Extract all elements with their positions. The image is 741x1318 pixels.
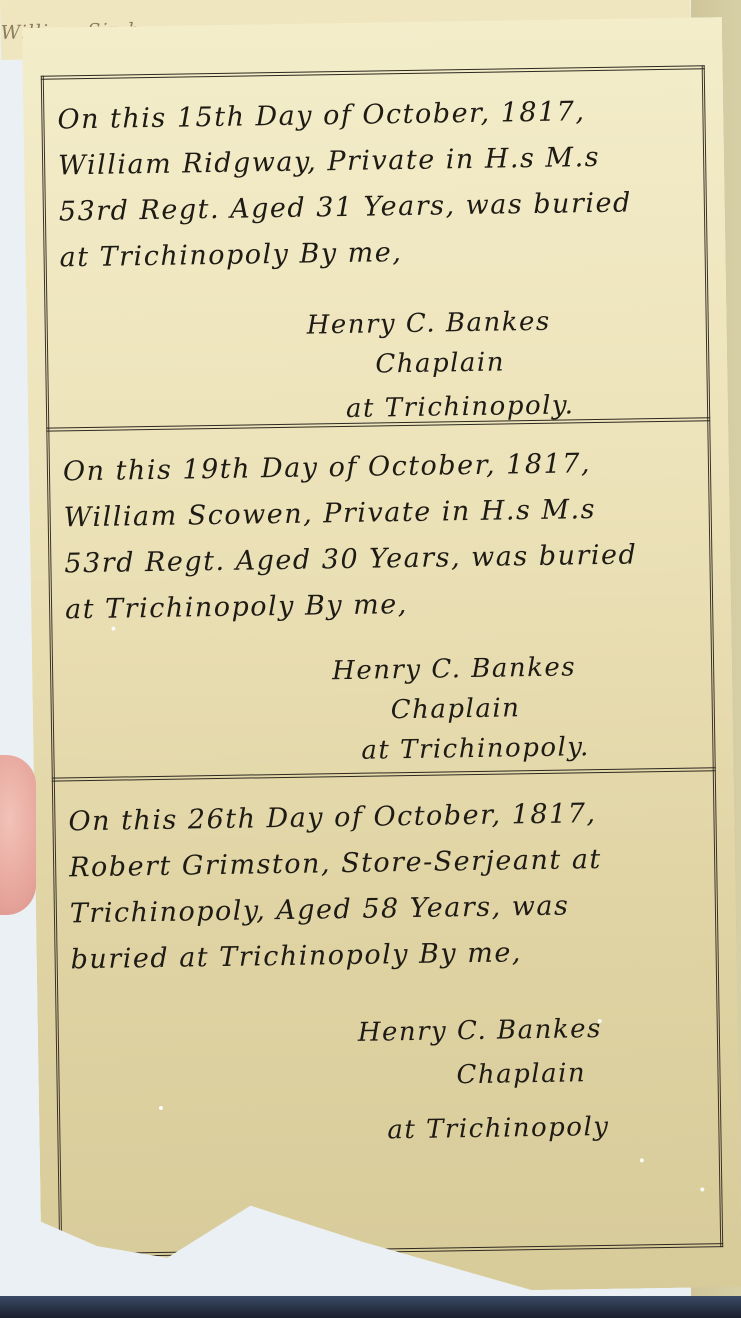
paper-speck	[159, 1106, 163, 1110]
burial-entry-3: On this 26th Day of October, 1817, Rober…	[52, 767, 723, 1211]
paper-speck	[111, 627, 115, 631]
entry-text: On this 19th Day of October, 1817, Willi…	[46, 421, 713, 633]
signature-name: Henry C. Bankes	[332, 645, 577, 693]
signature-name: Henry C. Bankes	[357, 1007, 602, 1055]
entry-line: buried at Trichinopoly By me,	[70, 927, 701, 983]
paper-speck	[700, 1187, 704, 1191]
signature-place: at Trichinopoly.	[361, 725, 590, 773]
signature-title: Chaplain	[456, 1051, 586, 1097]
paper-speck	[640, 1158, 644, 1162]
burial-entry-1: On this 15th Day of October, 1817, Willi…	[41, 65, 711, 459]
signature-place: at Trichinopoly	[387, 1105, 610, 1152]
burial-entry-2: On this 19th Day of October, 1817, Willi…	[46, 417, 715, 781]
signature-title: Chaplain	[375, 340, 505, 386]
entry-text: On this 26th Day of October, 1817, Rober…	[52, 771, 719, 983]
entry-line: at Trichinopoly By me,	[59, 226, 690, 282]
entry-text: On this 15th Day of October, 1817, Willi…	[41, 69, 708, 281]
register-page: On this 15th Day of October, 1817, Willi…	[22, 17, 741, 1298]
holding-finger	[0, 755, 36, 915]
signature-title: Chaplain	[390, 686, 520, 732]
background-desk	[0, 1296, 741, 1318]
entry-line: at Trichinopoly By me,	[65, 578, 696, 634]
paper-speck	[598, 1019, 602, 1023]
signature-name: Henry C. Bankes	[306, 300, 551, 348]
